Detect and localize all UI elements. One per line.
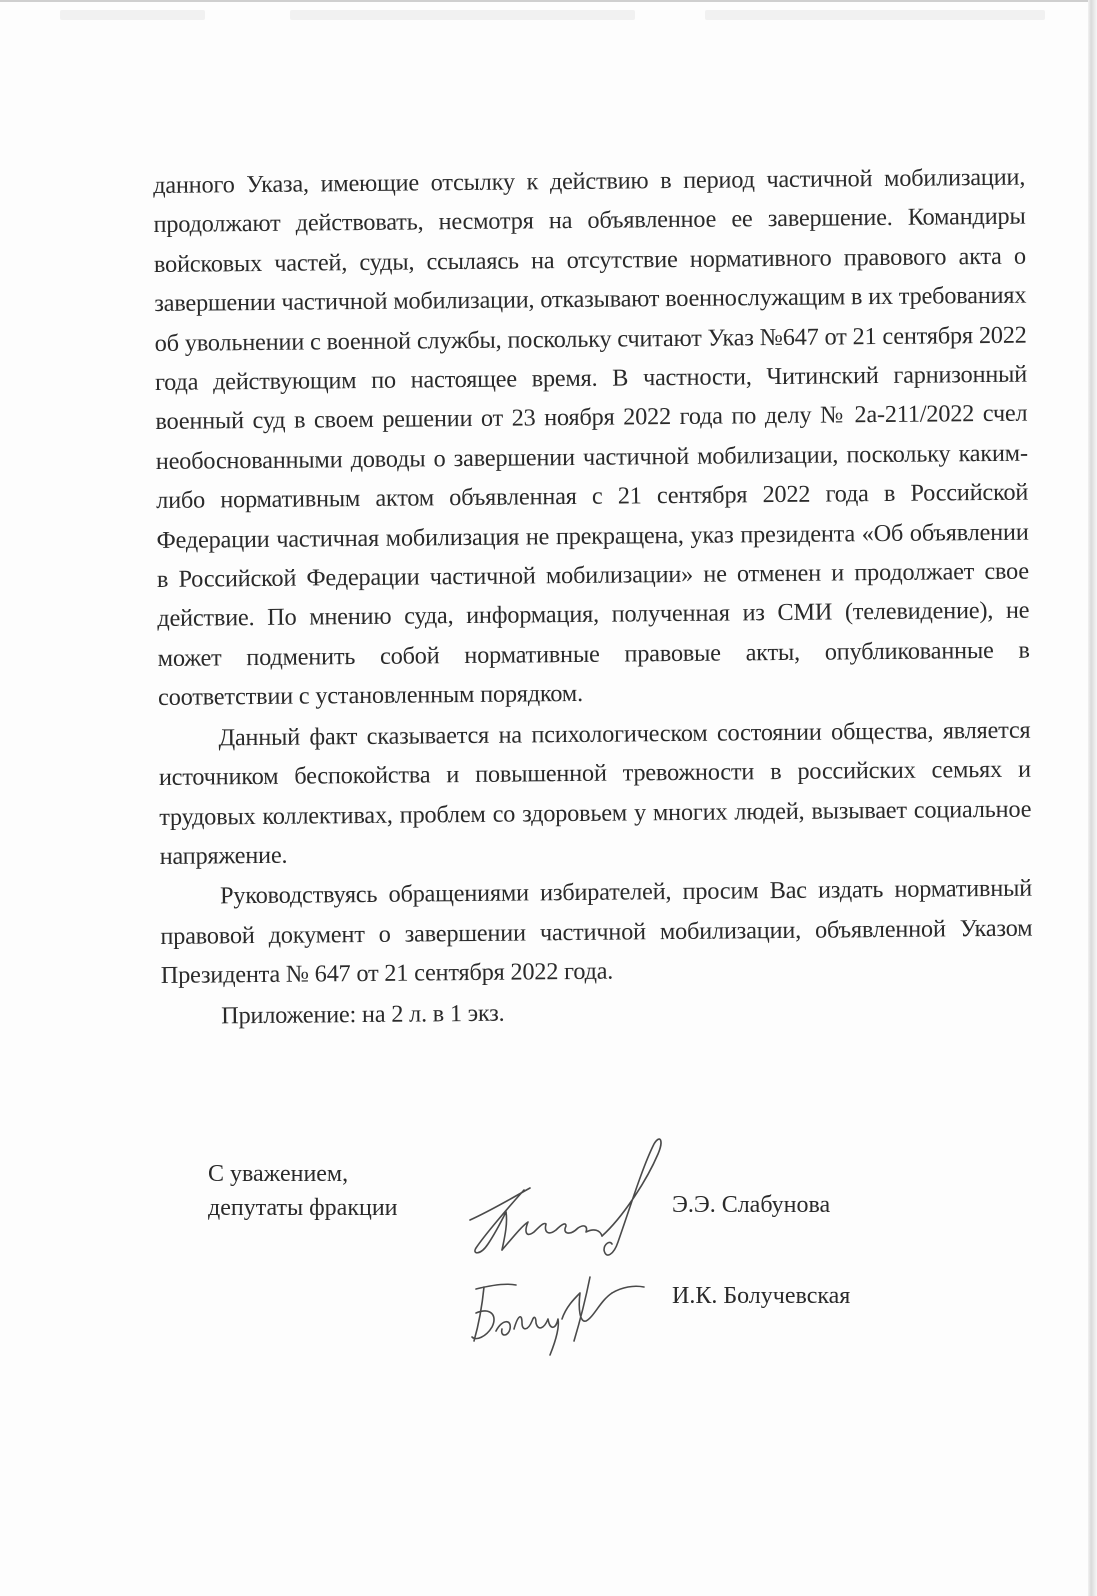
bleed-through-header-middle xyxy=(290,10,635,20)
closing-salutation: С уважением, xyxy=(208,1157,398,1191)
letter-body: данного Указа, имеющие отсылку к действи… xyxy=(153,158,1033,1036)
paragraph-court-decision: данного Указа, имеющие отсылку к действи… xyxy=(153,158,1030,718)
page-edge-shadow xyxy=(1088,0,1097,1596)
closing-faction: депутаты фракции xyxy=(208,1191,398,1225)
bleed-through-header-right xyxy=(705,10,1045,20)
signature-slabunova-icon xyxy=(462,1132,672,1262)
paragraph-social-impact: Данный факт сказывается на психологическ… xyxy=(158,710,1031,876)
signer-name-boluchevskaya: И.К. Болучевская xyxy=(672,1283,850,1310)
signature-boluchevskaya-icon xyxy=(462,1257,662,1357)
signer-name-slabunova: Э.Э. Слабунова xyxy=(672,1192,830,1219)
paragraph-request: Руководствуясь обращениями избирателей, … xyxy=(160,869,1033,996)
paragraph-attachment: Приложение: на 2 л. в 1 экз. xyxy=(161,988,1033,1036)
bleed-through-header-left xyxy=(60,10,205,20)
document-page: данного Указа, имеющие отсылку к действи… xyxy=(0,0,1088,1596)
closing-block: С уважением, депутаты фракции xyxy=(208,1157,398,1225)
